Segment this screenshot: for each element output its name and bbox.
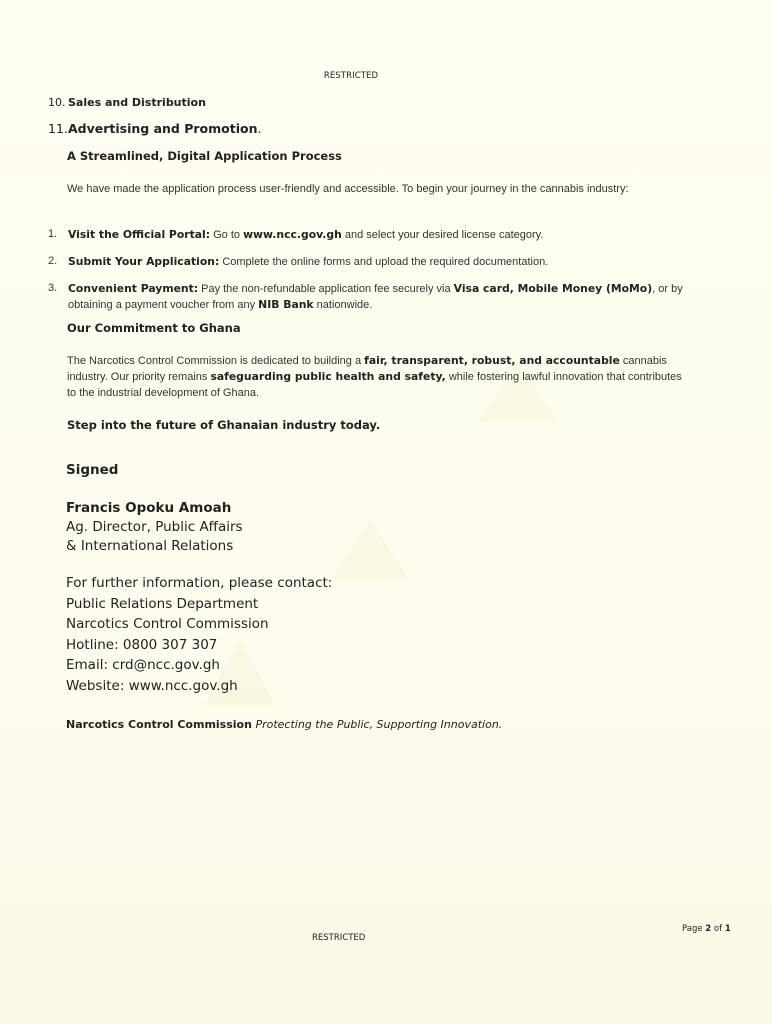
application-intro: We have made the application process use… [67,181,692,197]
page-prefix: Page [682,924,705,934]
step-item: 2. Submit Your Application: Complete the… [48,254,693,270]
paragraph-emphasis: fair, transparent, robust, and accountab… [364,354,620,367]
page-total: 1 [725,924,731,934]
page-of: of [711,924,725,934]
step-text: nationwide. [314,299,373,311]
signatory-title: & International Relations [66,537,243,556]
signature-block: Francis Opoku Amoah Ag. Director, Public… [66,499,243,556]
contact-intro: For further information, please contact: [66,573,332,594]
contact-block: For further information, please contact:… [66,573,332,696]
step-body: Submit Your Application: Complete the on… [68,254,693,270]
step-body: Convenient Payment: Pay the non-refundab… [68,281,693,313]
list-item: 10.Sales and Distribution [48,96,206,109]
bank-name: NIB Bank [258,298,313,311]
step-body: Visit the Official Portal: Go to www.ncc… [68,227,693,243]
section-heading-application: A Streamlined, Digital Application Proce… [67,149,342,163]
step-text: and select your desired license category… [342,229,544,241]
tagline-motto: Protecting the Public, Supporting Innova… [255,718,502,731]
watermark-triangle [330,520,410,580]
paragraph-text: The Narcotics Control Commission is dedi… [67,355,364,367]
commitment-paragraph: The Narcotics Control Commission is dedi… [67,353,692,401]
list-item-label: Advertising and Promotion [68,121,258,136]
step-number: 1. [48,227,68,243]
call-to-action: Step into the future of Ghanaian industr… [67,418,380,432]
list-item-number: 10. [48,96,68,109]
step-text: Complete the online forms and upload the… [219,256,548,268]
step-text: Go to [210,229,243,241]
step-text: Pay the non-refundable application fee s… [198,283,454,295]
portal-link[interactable]: www.ncc.gov.gh [243,228,342,241]
step-title: Convenient Payment: [68,282,198,295]
step-title: Visit the Official Portal: [68,228,210,241]
page-number: Page 2 of 1 [682,924,731,934]
classification-footer: RESTRICTED [312,933,365,943]
step-item: 1. Visit the Official Portal: Go to www.… [48,227,693,243]
list-item-suffix: . [258,121,262,136]
list-item-number: 11. [48,121,68,136]
contact-hotline: Hotline: 0800 307 307 [66,635,332,656]
payment-methods: Visa card, Mobile Money (MoMo) [454,282,652,295]
contact-department: Public Relations Department [66,594,332,615]
signatory-name: Francis Opoku Amoah [66,499,243,518]
signatory-title: Ag. Director, Public Affairs [66,518,243,537]
list-item-label: Sales and Distribution [68,96,206,109]
contact-website[interactable]: Website: www.ncc.gov.gh [66,676,332,697]
contact-organization: Narcotics Control Commission [66,614,332,635]
step-title: Submit Your Application: [68,255,219,268]
section-heading-commitment: Our Commitment to Ghana [67,321,241,335]
paragraph-emphasis: safeguarding public health and safety, [210,370,445,383]
contact-email[interactable]: Email: crd@ncc.gov.gh [66,655,332,676]
list-item: 11.Advertising and Promotion. [48,121,262,136]
step-item: 3. Convenient Payment: Pay the non-refun… [48,281,693,313]
step-number: 2. [48,254,68,270]
classification-header: RESTRICTED [0,71,702,81]
tagline: Narcotics Control Commission Protecting … [66,718,502,731]
tagline-org: Narcotics Control Commission [66,718,252,731]
step-number: 3. [48,281,68,313]
signed-label: Signed [66,462,118,478]
